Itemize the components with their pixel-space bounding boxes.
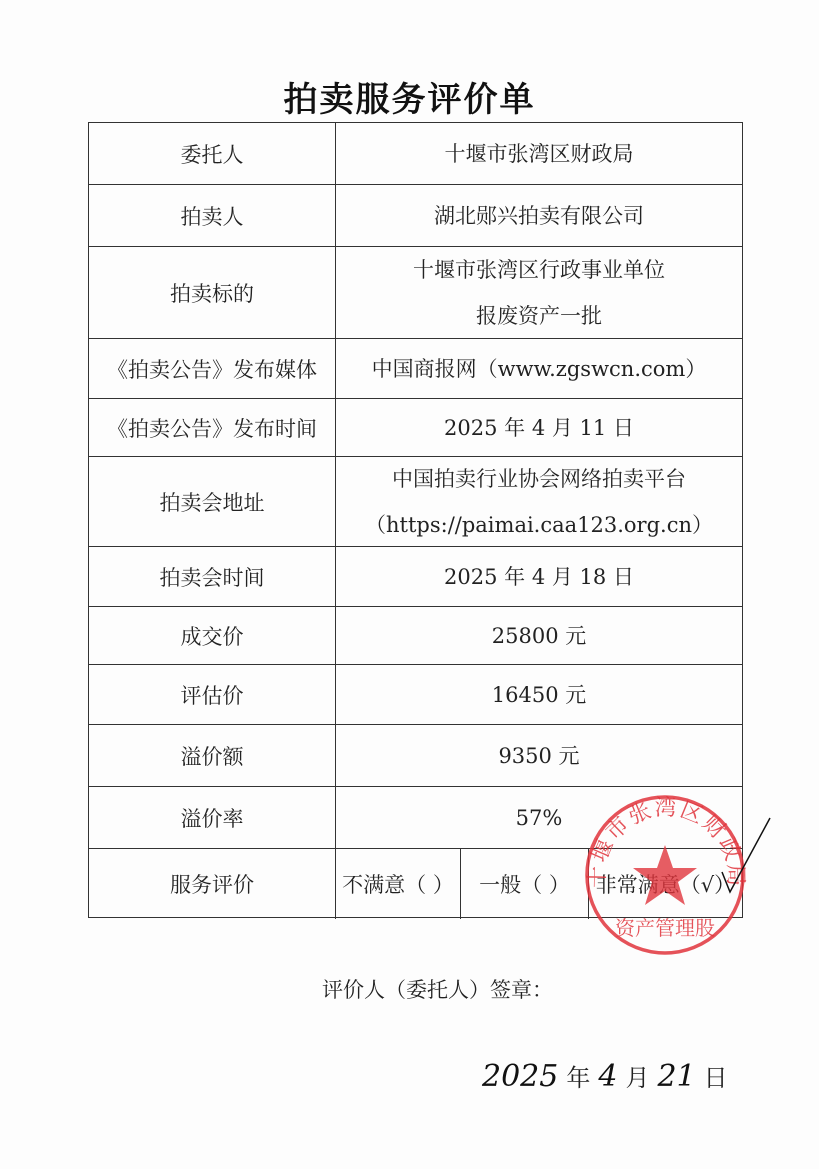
evaluation-table: 委托人 十堰市张湾区财政局 拍卖人 湖北郧兴拍卖有限公司 拍卖标的 十堰市张湾区… [88, 122, 743, 918]
value-text: 2025 年 4 月 11 日 [444, 405, 634, 451]
row-label: 服务评价 [89, 849, 336, 919]
table-row-notice-media: 《拍卖公告》发布媒体 中国商报网（www.zgswcn.com） [89, 338, 742, 398]
table-row-auction-date: 拍卖会时间 2025 年 4 月 18 日 [89, 546, 742, 606]
value-text: 十堰市张湾区财政局 [445, 131, 634, 177]
row-value: 9350 元 [336, 725, 742, 786]
value-text: 2025 年 4 月 18 日 [444, 554, 634, 600]
handwritten-month: 4 [598, 1059, 617, 1094]
table-row-service-rating: 服务评价 不满意（ ） 一般（ ） 非常满意（√） [89, 848, 742, 919]
signed-date: 2025 年 4 月 21 日 [482, 1058, 728, 1094]
value-text: 十堰市张湾区行政事业单位 [413, 247, 665, 293]
row-value: 57% [336, 787, 742, 848]
rating-option-very-satisfied[interactable]: 非常满意（√） [589, 849, 742, 919]
table-row-auction-subject: 拍卖标的 十堰市张湾区行政事业单位 报废资产一批 [89, 246, 742, 338]
row-value: 16450 元 [336, 665, 742, 724]
row-label: 溢价率 [89, 787, 336, 848]
year-unit: 年 [566, 1058, 590, 1093]
handwritten-year: 2025 [482, 1059, 558, 1094]
row-label: 《拍卖公告》发布媒体 [89, 339, 336, 398]
row-value: 湖北郧兴拍卖有限公司 [336, 185, 742, 246]
row-value: 2025 年 4 月 11 日 [336, 399, 742, 456]
value-text: 报废资产一批 [476, 293, 602, 339]
value-text: （https://paimai.caa123.org.cn） [365, 502, 713, 548]
row-label: 成交价 [89, 607, 336, 664]
row-value: 25800 元 [336, 607, 742, 664]
svg-text:资产管理股: 资产管理股 [615, 916, 715, 940]
table-row-auctioneer: 拍卖人 湖北郧兴拍卖有限公司 [89, 184, 742, 246]
row-value: 中国拍卖行业协会网络拍卖平台 （https://paimai.caa123.or… [336, 457, 742, 546]
document-title: 拍卖服务评价单 [0, 72, 819, 121]
value-text: 57% [516, 795, 563, 841]
row-value: 2025 年 4 月 18 日 [336, 547, 742, 606]
table-row-appraised-price: 评估价 16450 元 [89, 664, 742, 724]
table-row-entrustor: 委托人 十堰市张湾区财政局 [89, 123, 742, 184]
value-text: 9350 元 [498, 733, 579, 779]
rating-option-average[interactable]: 一般（ ） [461, 849, 589, 919]
row-value: 中国商报网（www.zgswcn.com） [336, 339, 742, 398]
value-text: 16450 元 [492, 672, 586, 718]
row-label: 拍卖会地址 [89, 457, 336, 546]
value-text: 25800 元 [492, 613, 586, 659]
day-unit: 日 [704, 1058, 728, 1093]
table-row-auction-address: 拍卖会地址 中国拍卖行业协会网络拍卖平台 （https://paimai.caa… [89, 456, 742, 546]
table-row-deal-price: 成交价 25800 元 [89, 606, 742, 664]
row-label: 《拍卖公告》发布时间 [89, 399, 336, 456]
row-label: 评估价 [89, 665, 336, 724]
table-row-premium-rate: 溢价率 57% [89, 786, 742, 848]
table-row-notice-date: 《拍卖公告》发布时间 2025 年 4 月 11 日 [89, 398, 742, 456]
value-text: 中国商报网（www.zgswcn.com） [372, 346, 707, 392]
row-label: 拍卖会时间 [89, 547, 336, 606]
row-label: 拍卖人 [89, 185, 336, 246]
row-label: 拍卖标的 [89, 247, 336, 338]
signature-label: 评价人（委托人）签章： [322, 974, 553, 1004]
row-value: 十堰市张湾区财政局 [336, 123, 742, 184]
row-value: 十堰市张湾区行政事业单位 报废资产一批 [336, 247, 742, 338]
month-unit: 月 [625, 1058, 649, 1093]
rating-option-unsatisfied[interactable]: 不满意（ ） [336, 849, 461, 919]
handwritten-day: 21 [657, 1059, 695, 1094]
row-label: 溢价额 [89, 725, 336, 786]
table-row-premium-amount: 溢价额 9350 元 [89, 724, 742, 786]
row-label: 委托人 [89, 123, 336, 184]
value-text: 中国拍卖行业协会网络拍卖平台 [392, 456, 686, 502]
value-text: 湖北郧兴拍卖有限公司 [434, 193, 644, 239]
